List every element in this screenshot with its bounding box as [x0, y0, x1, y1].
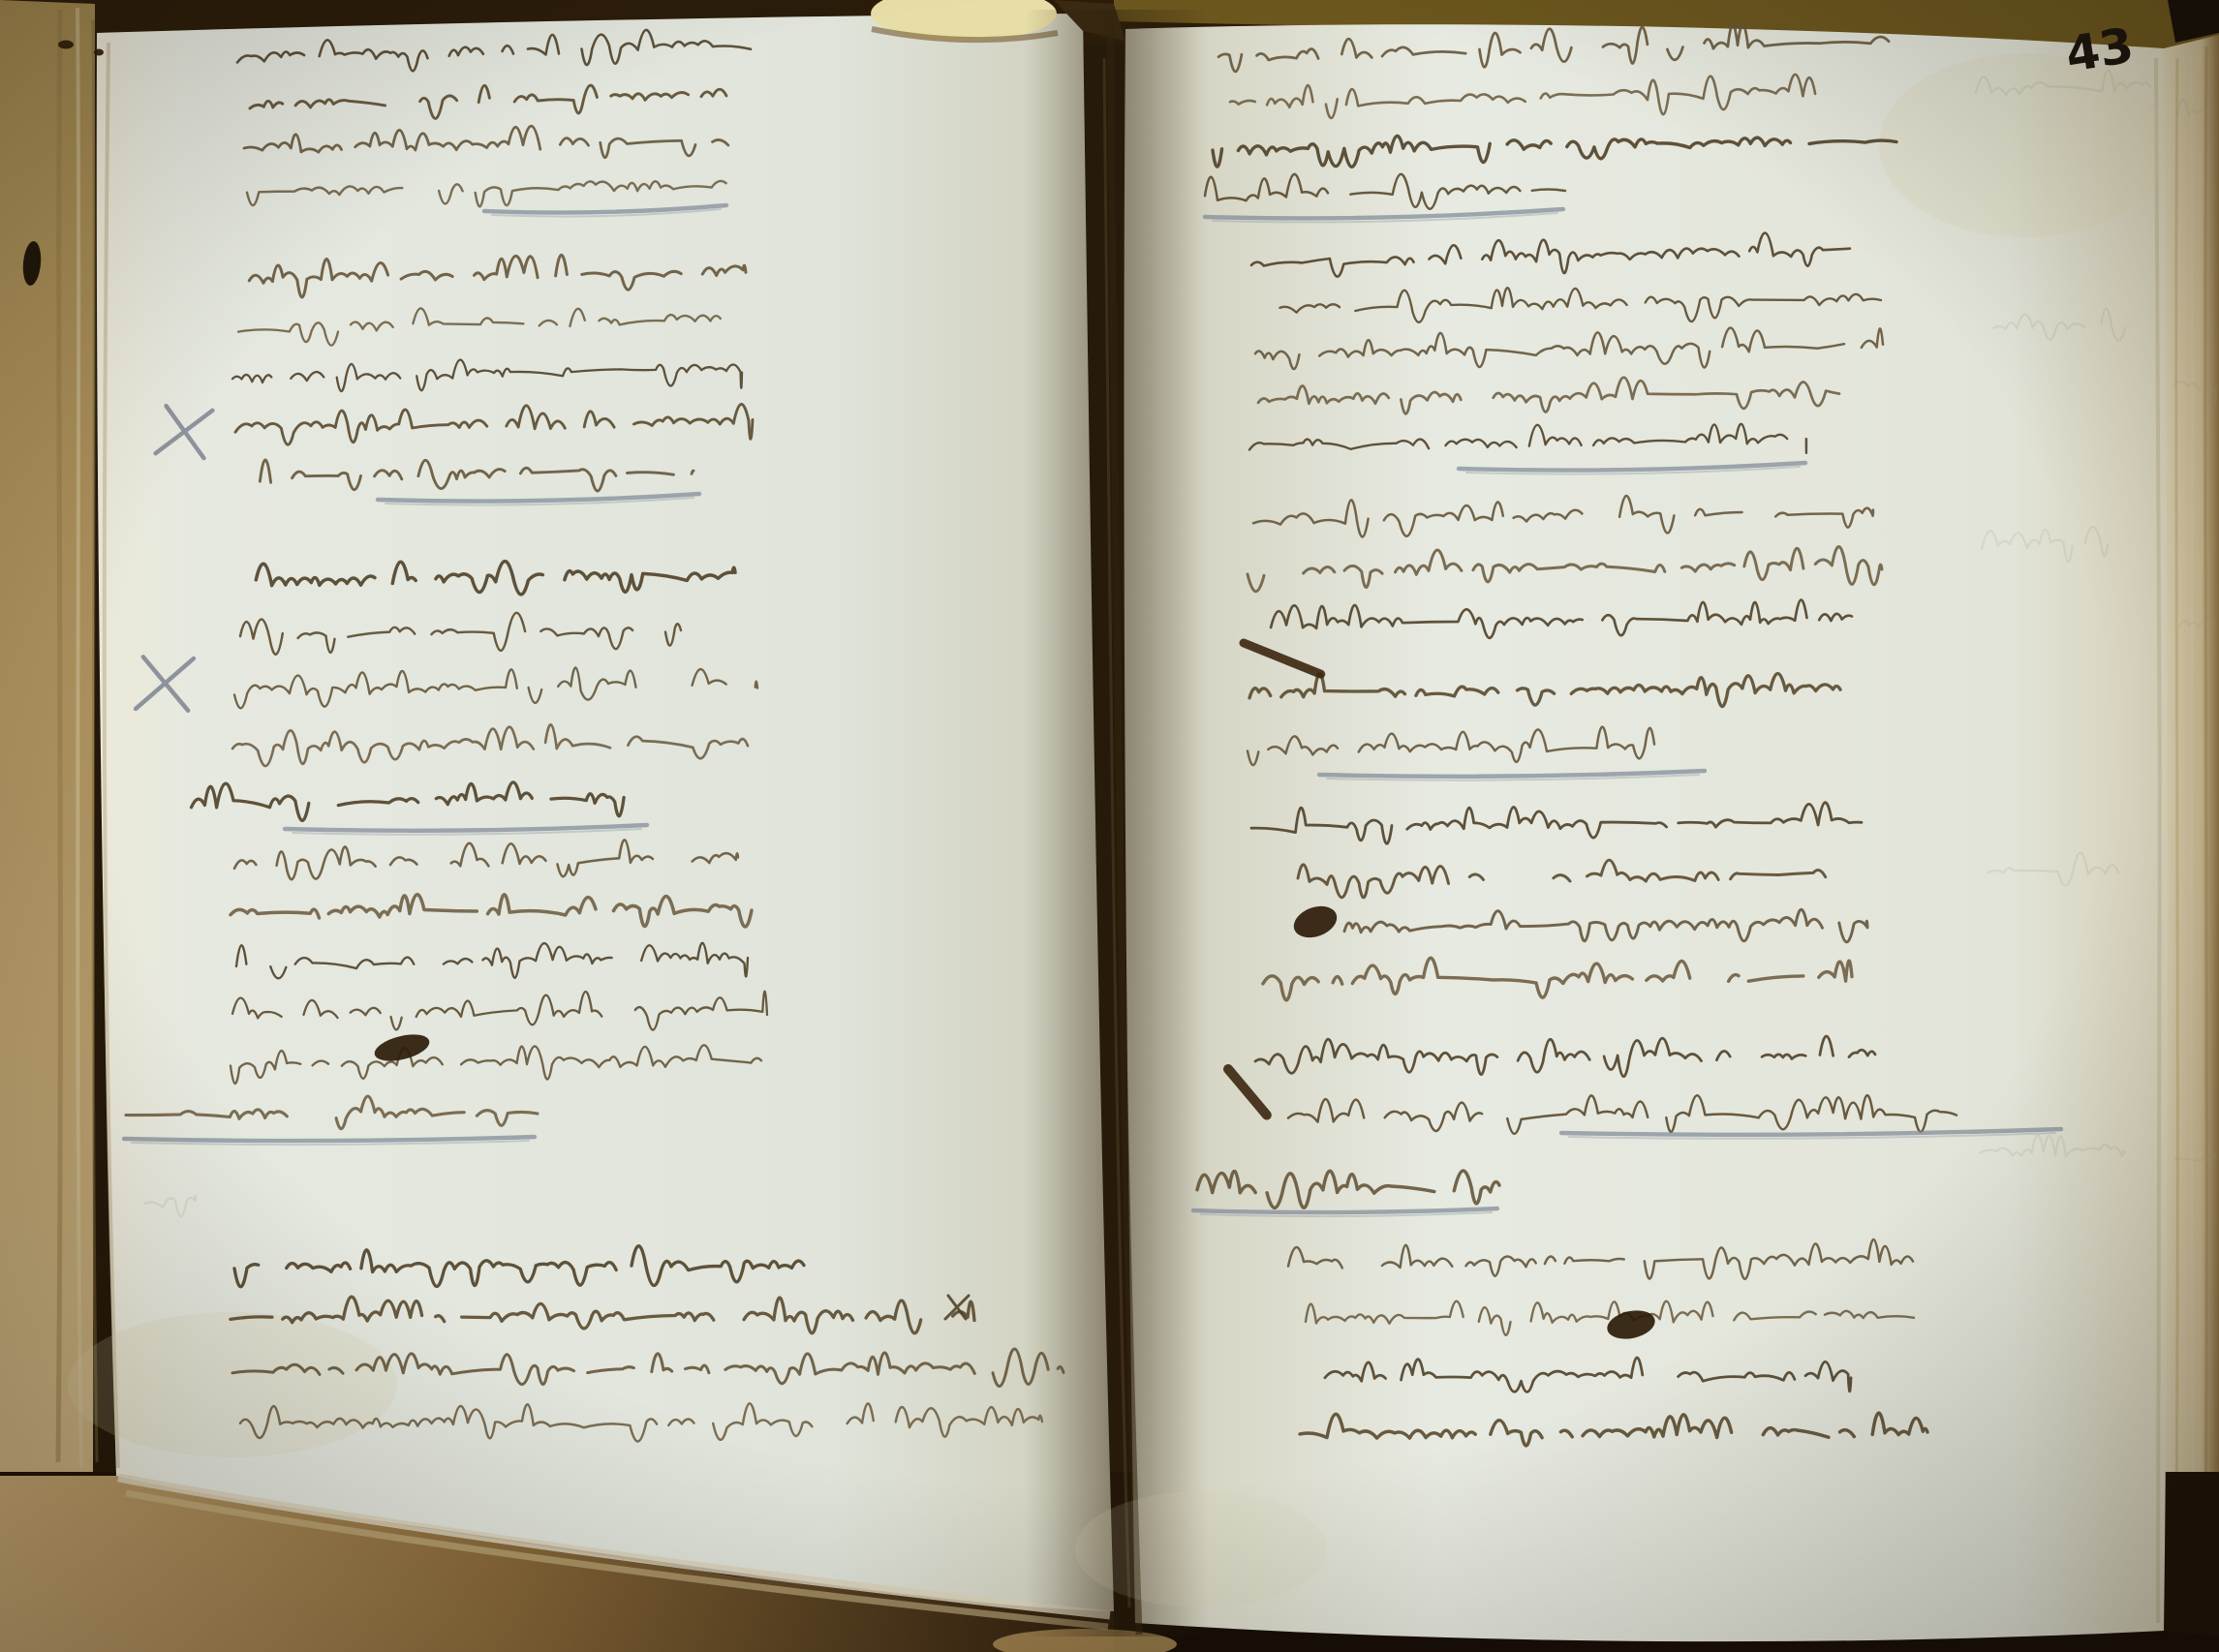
photo-vignette: [0, 0, 2219, 1652]
manuscript-photo: 43: [0, 0, 2219, 1652]
manuscript-scene: 43: [0, 0, 2219, 1652]
